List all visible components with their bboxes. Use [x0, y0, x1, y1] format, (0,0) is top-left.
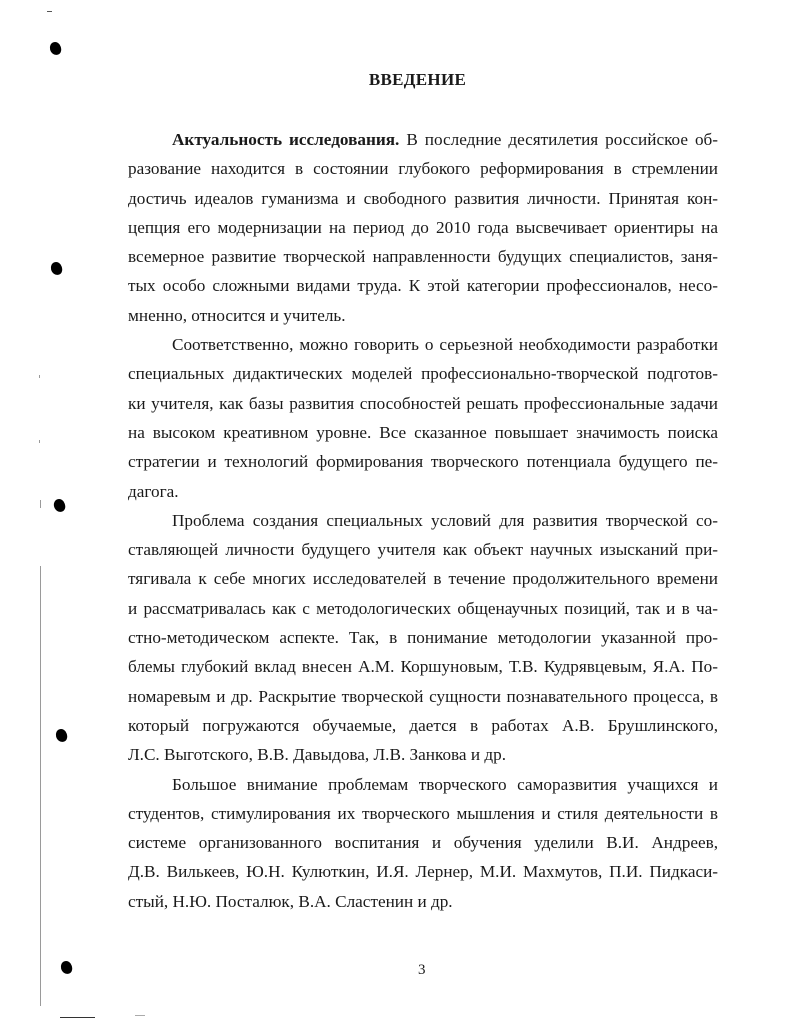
paragraph-2-line-5: стратегии и технологий формирования твор…	[128, 447, 718, 476]
paragraph-3-line-4: и рассматривалась как с методологических…	[128, 594, 718, 623]
bottom-scan-mark-small	[135, 1015, 145, 1016]
paragraph-4-line-2: студентов, стимулирования их творческого…	[128, 799, 718, 828]
paragraph-2-line-1: Соответственно, можно говорить о серьезн…	[128, 330, 718, 359]
page-number: 3	[418, 962, 426, 979]
punch-hole-mark-4	[55, 728, 69, 743]
punch-hole-mark-2	[50, 261, 64, 276]
paragraph-1-line-3: достичь идеалов гуманизма и свободного р…	[128, 184, 718, 213]
relevance-lead-heading: Актуальность исследования.	[172, 130, 399, 149]
top-scan-mark	[47, 11, 52, 12]
paragraph-3-line-6: блемы глубокий вклад внесен А.М. Коршуно…	[128, 652, 718, 681]
paragraph-1-line-2: разование находится в состоянии глубоког…	[128, 154, 718, 183]
paragraph-1-line-1: Актуальность исследования. В последние д…	[128, 125, 718, 154]
paragraph-3-line-9: Л.С. Выготского, В.В. Давыдова, Л.В. Зан…	[128, 740, 718, 769]
scan-edge-fragment	[39, 440, 40, 443]
scan-edge-fragment	[40, 500, 41, 508]
scanned-page: ВВЕДЕНИЕ Актуальность исследования. В по…	[0, 0, 797, 1023]
paragraph-3-line-1: Проблема создания специальных условий дл…	[128, 506, 718, 535]
punch-hole-mark-5	[60, 960, 74, 975]
paragraph-1-line-7: мненно, относится и учитель.	[128, 301, 718, 330]
paragraph-2-line-3: ки учителя, как базы развития способност…	[128, 389, 718, 418]
bottom-scan-mark	[60, 1017, 95, 1018]
paragraph-2-line-4: на высоком креативном уровне. Все сказан…	[128, 418, 718, 447]
paragraph-3-line-5: стно-методическом аспекте. Так, в понима…	[128, 623, 718, 652]
paragraph-4-line-5: стый, Н.Ю. Посталюк, В.А. Сластенин и др…	[128, 887, 718, 916]
paragraph-2-line-6: дагога.	[128, 477, 718, 506]
paragraph-4-line-4: Д.В. Вилькеев, Ю.Н. Кулюткин, И.Я. Лерне…	[128, 857, 718, 886]
paragraph-4-line-1: Большое внимание проблемам творческого с…	[128, 770, 718, 799]
body-text: Актуальность исследования. В последние д…	[128, 125, 718, 916]
paragraph-3-line-3: тягивала к себе многих исследователей в …	[128, 564, 718, 593]
paragraph-3-line-8: который погружаются обучаемые, дается в …	[128, 711, 718, 740]
page-title: ВВЕДЕНИЕ	[0, 70, 797, 90]
scan-edge-fragment	[39, 375, 40, 378]
paragraph-4-line-3: системе организованного воспитания и обу…	[128, 828, 718, 857]
paragraph-1-line-6: тых особо сложными видами труда. К этой …	[128, 271, 718, 300]
punch-hole-mark-3	[53, 498, 67, 513]
punch-hole-mark-1	[49, 41, 63, 56]
scan-edge-line	[40, 566, 41, 1006]
paragraph-3-line-2: ставляющей личности будущего учителя как…	[128, 535, 718, 564]
paragraph-2-line-2: специальных дидактических моделей профес…	[128, 359, 718, 388]
paragraph-3-line-7: номаревым и др. Раскрытие творческой сущ…	[128, 682, 718, 711]
paragraph-1-line-4: цепция его модернизации на период до 201…	[128, 213, 718, 242]
paragraph-1-line-5: всемерное развитие творческой направленн…	[128, 242, 718, 271]
